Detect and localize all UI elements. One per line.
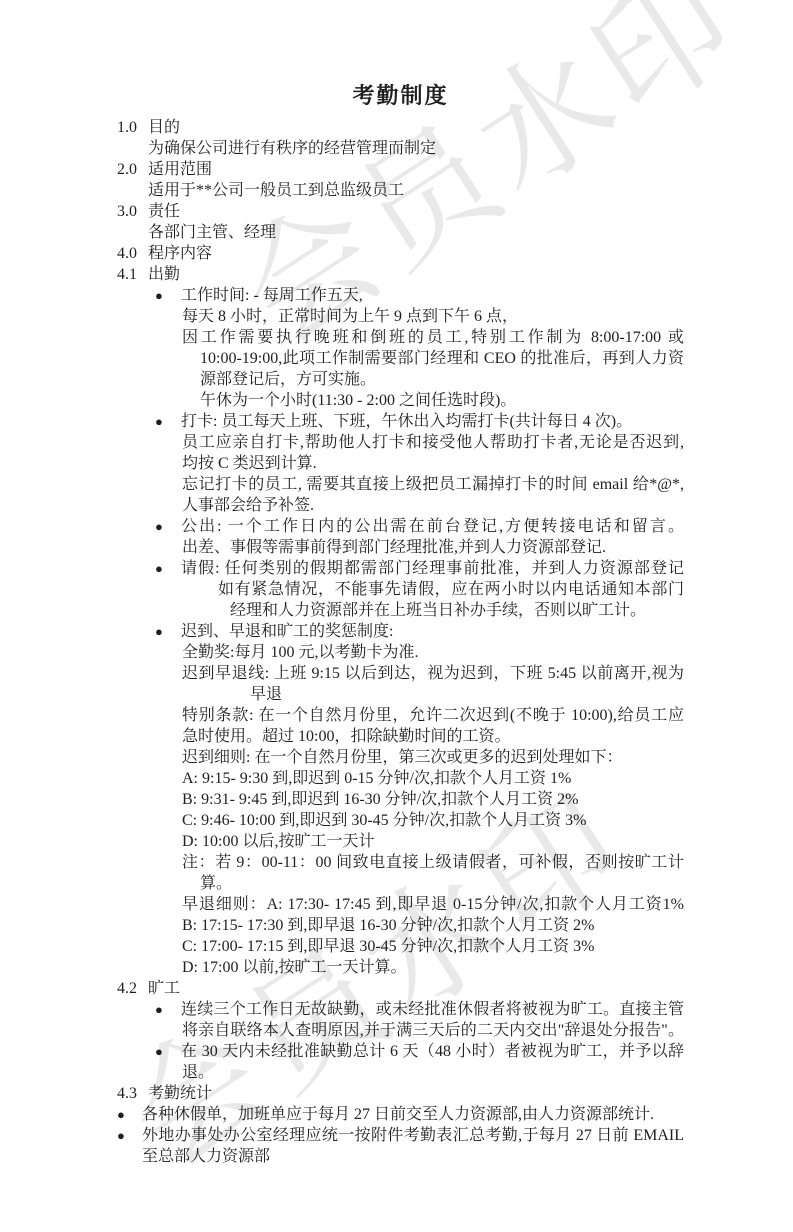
doc-line-text: C: 9:46- 10:00 到,即迟到 30-45 分钟/次,扣款个人月工资 … xyxy=(182,812,586,829)
doc-line-text: 工作时间: - 每周工作五天, xyxy=(181,287,363,304)
section-number: 4.2 xyxy=(117,978,148,999)
section-title: 适用范围 xyxy=(148,161,212,178)
doc-line-text: 因工作需要执行晚班和倒班的员工,特别工作制为 8:00-17:00 或 xyxy=(182,329,684,346)
document-title: 考勤制度 xyxy=(117,79,684,105)
doc-line: 全勤奖:每月 100 元,以考勤卡为准. xyxy=(0,642,793,663)
doc-line-text: 至总部人力资源部 xyxy=(142,1148,270,1165)
doc-line: 迟到细则: 在一个自然月份里，第三次或更多的迟到处理如下： xyxy=(0,747,793,768)
doc-line-text: 退。 xyxy=(182,1064,214,1081)
doc-line-text: 连续三个工作日无故缺勤，或未经批准休假者将被视为旷工。直接主管 xyxy=(181,1001,684,1018)
doc-line-text: 外地办事处办公室经理应统一按附件考勤表汇总考勤,于每月 27 日前 EMAIL xyxy=(142,1127,684,1144)
doc-line: ●各种休假单，加班单应于每月 27 日前交至人力资源部,由人力资源部统计. xyxy=(0,1104,793,1125)
doc-line-text: 为确保公司进行有秩序的经营管理而制定 xyxy=(148,140,436,157)
section-heading-line: 3.0责任 xyxy=(0,201,793,222)
doc-line-text: 10:00-19:00,此项工作制需要部门经理和 CEO 的批准后，再到人力资 xyxy=(200,350,684,367)
section-number: 4.0 xyxy=(117,243,148,264)
doc-line-text: 忘记打卡的员工, 需要其直接上级把员工漏掉打卡的时间 email 给*@*, xyxy=(182,476,684,493)
section-title: 目的 xyxy=(148,119,180,136)
section-number: 4.1 xyxy=(117,264,148,285)
list-bullet-icon: ● xyxy=(155,411,163,432)
doc-line-text: 急时使用。超过 10:00，扣除缺勤时间的工资。 xyxy=(182,728,510,745)
doc-line: 因工作需要执行晚班和倒班的员工,特别工作制为 8:00-17:00 或 xyxy=(0,327,684,348)
section-number: 3.0 xyxy=(117,201,148,222)
section-title: 考勤统计 xyxy=(148,1085,212,1102)
list-bullet-icon: ● xyxy=(117,1104,125,1125)
section-heading-line: 2.0适用范围 xyxy=(0,159,793,180)
doc-line: 出差、事假等需事前得到部门经理批准,并到人力资源部登记. xyxy=(0,537,793,558)
doc-line-text: 迟到早退线: 上班 9:15 以后到达，视为迟到，下班 5:45 以前离开,视为 xyxy=(182,665,684,682)
list-bullet-icon: ● xyxy=(155,621,163,642)
doc-line-text: 算。 xyxy=(200,875,232,892)
list-bullet-icon: ● xyxy=(155,1041,163,1062)
doc-line: D: 17:00 以前,按旷工一天计算。 xyxy=(0,957,793,978)
doc-line: 至总部人力资源部 xyxy=(0,1146,793,1167)
doc-line: C: 9:46- 10:00 到,即迟到 30-45 分钟/次,扣款个人月工资 … xyxy=(0,810,793,831)
doc-line-text: D: 17:00 以前,按旷工一天计算。 xyxy=(182,959,406,976)
doc-line-text: 早退细则：A: 17:30- 17:45 到,即早退 0-15分钟/次,扣款个人… xyxy=(182,896,684,913)
section-title: 责任 xyxy=(148,203,180,220)
doc-line-text: 每天 8 小时，正常时间为上午 9 点到下午 6 点， xyxy=(182,308,518,325)
doc-line-text: 员工应亲自打卡,帮助他人打卡和接受他人帮助打卡者,无论是否迟到, xyxy=(182,434,684,451)
document-lines: 1.0目的为确保公司进行有秩序的经营管理而制定2.0适用范围适用于**公司一般员… xyxy=(0,117,793,1167)
doc-line-text: A: 9:15- 9:30 到,即迟到 0-15 分钟/次,扣款个人月工资 1% xyxy=(182,770,571,787)
doc-line-text: 请假: 任何类别的假期都需部门经理事前批准，并到人力资源部登记 xyxy=(181,560,684,577)
doc-line-text: 特别条款: 在一个自然月份里，允许二次迟到(不晚于 10:00),给员工应 xyxy=(182,707,684,724)
doc-line-text: 各种休假单，加班单应于每月 27 日前交至人力资源部,由人力资源部统计. xyxy=(142,1106,654,1123)
doc-line-text: 适用于**公司一般员工到总监级员工 xyxy=(148,182,404,199)
doc-line: B: 17:15- 17:30 到,即早退 16-30 分钟/次,扣款个人月工资… xyxy=(0,915,793,936)
doc-line: ●连续三个工作日无故缺勤，或未经批准休假者将被视为旷工。直接主管 xyxy=(0,999,684,1020)
doc-line-text: 均按 C 类迟到计算. xyxy=(182,455,317,472)
doc-line: ●公出: 一个工作日内的公出需在前台登记,方便转接电话和留言。 xyxy=(0,516,684,537)
document-page: 会员水印 会员水印 考勤制度 1.0目的为确保公司进行有秩序的经营管理而制定2.… xyxy=(0,0,793,1232)
section-number: 1.0 xyxy=(117,117,148,138)
doc-line: 如有紧急情况，不能事先请假，应在两小时以内电话通知本部门 xyxy=(0,579,684,600)
doc-line: 特别条款: 在一个自然月份里，允许二次迟到(不晚于 10:00),给员工应 xyxy=(0,705,684,726)
doc-line: 适用于**公司一般员工到总监级员工 xyxy=(0,180,793,201)
section-title: 程序内容 xyxy=(148,245,212,262)
doc-line-text: 在 30 天内未经批准缺勤总计 6 天（48 小时）者被视为旷工，并予以辞 xyxy=(181,1043,684,1060)
doc-line: 每天 8 小时，正常时间为上午 9 点到下午 6 点， xyxy=(0,306,793,327)
doc-line: 早退细则：A: 17:30- 17:45 到,即早退 0-15分钟/次,扣款个人… xyxy=(0,894,684,915)
doc-line-text: 源部登记后，方可实施。 xyxy=(200,371,376,388)
doc-line-text: B: 9:31- 9:45 到,即迟到 16-30 分钟/次,扣款个人月工资 2… xyxy=(182,791,578,808)
section-heading-line: 4.1出勤 xyxy=(0,264,793,285)
doc-line: C: 17:00- 17:15 到,即早退 30-45 分钟/次,扣款个人月工资… xyxy=(0,936,793,957)
doc-line-text: 午休为一个小时(11:30 - 2:00 之间任选时段)。 xyxy=(200,392,516,409)
doc-line-text: 出差、事假等需事前得到部门经理批准,并到人力资源部登记. xyxy=(182,539,606,556)
section-heading-line: 4.2旷工 xyxy=(0,978,793,999)
doc-line-text: 早退 xyxy=(250,686,282,703)
doc-line-text: 迟到细则: 在一个自然月份里，第三次或更多的迟到处理如下： xyxy=(182,749,622,766)
doc-line: ●迟到、早退和旷工的奖惩制度: xyxy=(0,621,793,642)
doc-line-text: 如有紧急情况，不能事先请假，应在两小时以内电话通知本部门 xyxy=(218,581,684,598)
doc-line-text: 公出: 一个工作日内的公出需在前台登记,方便转接电话和留言。 xyxy=(181,518,684,535)
doc-line-text: 人事部会给予补签. xyxy=(182,497,314,514)
list-bullet-icon: ● xyxy=(155,285,163,306)
doc-line: ●外地办事处办公室经理应统一按附件考勤表汇总考勤,于每月 27 日前 EMAIL xyxy=(0,1125,684,1146)
section-heading-line: 4.0程序内容 xyxy=(0,243,793,264)
section-number: 4.3 xyxy=(117,1083,148,1104)
doc-line: 算。 xyxy=(0,873,793,894)
doc-line: ●打卡: 员工每天上班、下班，午休出入均需打卡(共计每日 4 次)。 xyxy=(0,411,793,432)
doc-line-text: 各部门主管、经理 xyxy=(148,224,276,241)
doc-line-text: 打卡: 员工每天上班、下班，午休出入均需打卡(共计每日 4 次)。 xyxy=(181,413,632,430)
doc-line: 退。 xyxy=(0,1062,793,1083)
doc-line: 将亲自联络本人查明原因,并于满三天后的二天内交出"辞退处分报告"。 xyxy=(0,1020,684,1041)
doc-line: B: 9:31- 9:45 到,即迟到 16-30 分钟/次,扣款个人月工资 2… xyxy=(0,789,793,810)
doc-line: 急时使用。超过 10:00，扣除缺勤时间的工资。 xyxy=(0,726,793,747)
list-bullet-icon: ● xyxy=(155,558,163,579)
list-bullet-icon: ● xyxy=(117,1125,125,1146)
doc-line-text: C: 17:00- 17:15 到,即早退 30-45 分钟/次,扣款个人月工资… xyxy=(182,938,594,955)
doc-line: 人事部会给予补签. xyxy=(0,495,793,516)
doc-line: 早退 xyxy=(0,684,793,705)
section-title: 出勤 xyxy=(148,266,180,283)
doc-line: 各部门主管、经理 xyxy=(0,222,793,243)
doc-line-text: 全勤奖:每月 100 元,以考勤卡为准. xyxy=(182,644,418,661)
section-heading-line: 4.3考勤统计 xyxy=(0,1083,793,1104)
doc-line-text: 注：若 9：00-11：00 间致电直接上级请假者，可补假，否则按旷工计 xyxy=(182,854,684,871)
doc-line: ●工作时间: - 每周工作五天, xyxy=(0,285,793,306)
doc-line: 迟到早退线: 上班 9:15 以后到达，视为迟到，下班 5:45 以前离开,视为 xyxy=(0,663,684,684)
doc-line-text: B: 17:15- 17:30 到,即早退 16-30 分钟/次,扣款个人月工资… xyxy=(182,917,594,934)
list-bullet-icon: ● xyxy=(155,516,163,537)
doc-line: 为确保公司进行有秩序的经营管理而制定 xyxy=(0,138,793,159)
doc-line-text: 迟到、早退和旷工的奖惩制度: xyxy=(181,623,393,640)
doc-line: 10:00-19:00,此项工作制需要部门经理和 CEO 的批准后，再到人力资 xyxy=(0,348,684,369)
doc-line: ●请假: 任何类别的假期都需部门经理事前批准，并到人力资源部登记 xyxy=(0,558,684,579)
doc-line-text: 将亲自联络本人查明原因,并于满三天后的二天内交出"辞退处分报告"。 xyxy=(182,1022,684,1039)
doc-line: ●在 30 天内未经批准缺勤总计 6 天（48 小时）者被视为旷工，并予以辞 xyxy=(0,1041,684,1062)
doc-line: 忘记打卡的员工, 需要其直接上级把员工漏掉打卡的时间 email 给*@*, xyxy=(0,474,684,495)
doc-line: D: 10:00 以后,按旷工一天计 xyxy=(0,831,793,852)
doc-line: 午休为一个小时(11:30 - 2:00 之间任选时段)。 xyxy=(0,390,793,411)
doc-line: 注：若 9：00-11：00 间致电直接上级请假者，可补假，否则按旷工计 xyxy=(0,852,684,873)
doc-line: 经理和人力资源部并在上班当日补办手续，否则以旷工计。 xyxy=(0,600,793,621)
doc-line-text: 经理和人力资源部并在上班当日补办手续，否则以旷工计。 xyxy=(230,602,646,619)
doc-line: 员工应亲自打卡,帮助他人打卡和接受他人帮助打卡者,无论是否迟到, xyxy=(0,432,684,453)
section-number: 2.0 xyxy=(117,159,148,180)
list-bullet-icon: ● xyxy=(155,999,163,1020)
doc-line: 均按 C 类迟到计算. xyxy=(0,453,793,474)
doc-line: A: 9:15- 9:30 到,即迟到 0-15 分钟/次,扣款个人月工资 1% xyxy=(0,768,793,789)
doc-line-text: D: 10:00 以后,按旷工一天计 xyxy=(182,833,374,850)
doc-line: 源部登记后，方可实施。 xyxy=(0,369,793,390)
section-title: 旷工 xyxy=(148,980,180,997)
section-heading-line: 1.0目的 xyxy=(0,117,793,138)
